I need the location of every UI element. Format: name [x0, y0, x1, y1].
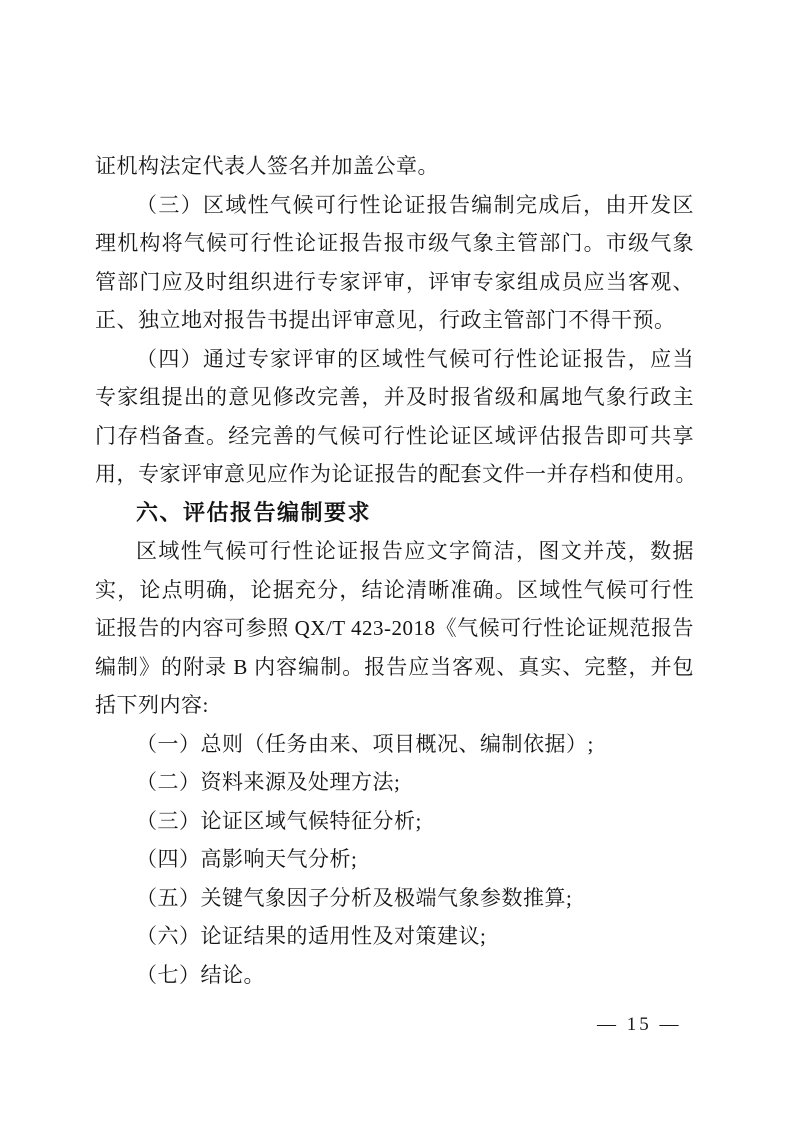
paragraph-line: 管部门应及时组织进行专家评审，评审专家组成员应当客观、公 — [95, 263, 694, 302]
section-heading: 六、评估报告编制要求 — [95, 494, 694, 533]
paragraph-line: 门存档备查。经完善的气候可行性论证区域评估报告即可共享和应 — [95, 417, 694, 456]
paragraph-line: 编制》的附录 B 内容编制。报告应当客观、真实、完整，并包 — [95, 648, 694, 687]
paragraph-line: 正、独立地对报告书提出评审意见，行政主管部门不得干预。 — [95, 301, 694, 340]
document-body: 证机构法定代表人签名并加盖公章。 （三）区域性气候可行性论证报告编制完成后，由开… — [95, 147, 694, 994]
page-number: — 15 — — [597, 1011, 682, 1039]
list-item-line: （七）结论。 — [95, 956, 694, 995]
document-page: 证机构法定代表人签名并加盖公章。 （三）区域性气候可行性论证报告编制完成后，由开… — [0, 0, 791, 1123]
list-item-line: （三）论证区域气候特征分析; — [95, 802, 694, 841]
paragraph-line: （四）通过专家评审的区域性气候可行性论证报告，应当根据 — [95, 340, 694, 379]
paragraph-line: 实，论点明确，论据充分，结论清晰准确。区域性气候可行性论 — [95, 571, 694, 610]
paragraph-line: （三）区域性气候可行性论证报告编制完成后，由开发区管 — [95, 186, 694, 225]
paragraph-line: 证报告的内容可参照 QX/T 423-2018《气候可行性论证规范报告 — [95, 609, 694, 648]
paragraph-line: 专家组提出的意见修改完善，并及时报省级和属地气象行政主管部 — [95, 378, 694, 417]
paragraph-line: 括下列内容: — [95, 686, 694, 725]
list-item-line: （四）高影响天气分析; — [95, 840, 694, 879]
list-item-line: （六）论证结果的适用性及对策建议; — [95, 917, 694, 956]
list-item-line: （二）资料来源及处理方法; — [95, 763, 694, 802]
paragraph-line: 理机构将气候可行性论证报告报市级气象主管部门。市级气象主 — [95, 224, 694, 263]
list-item-line: （一）总则（任务由来、项目概况、编制依据）; — [95, 725, 694, 764]
paragraph-line: 用，专家评审意见应作为论证报告的配套文件一并存档和使用。 — [95, 455, 694, 494]
list-item-line: （五）关键气象因子分析及极端气象参数推算; — [95, 879, 694, 918]
paragraph-line: 区域性气候可行性论证报告应文字简洁，图文并茂，数据详 — [95, 532, 694, 571]
paragraph-line: 证机构法定代表人签名并加盖公章。 — [95, 147, 694, 186]
